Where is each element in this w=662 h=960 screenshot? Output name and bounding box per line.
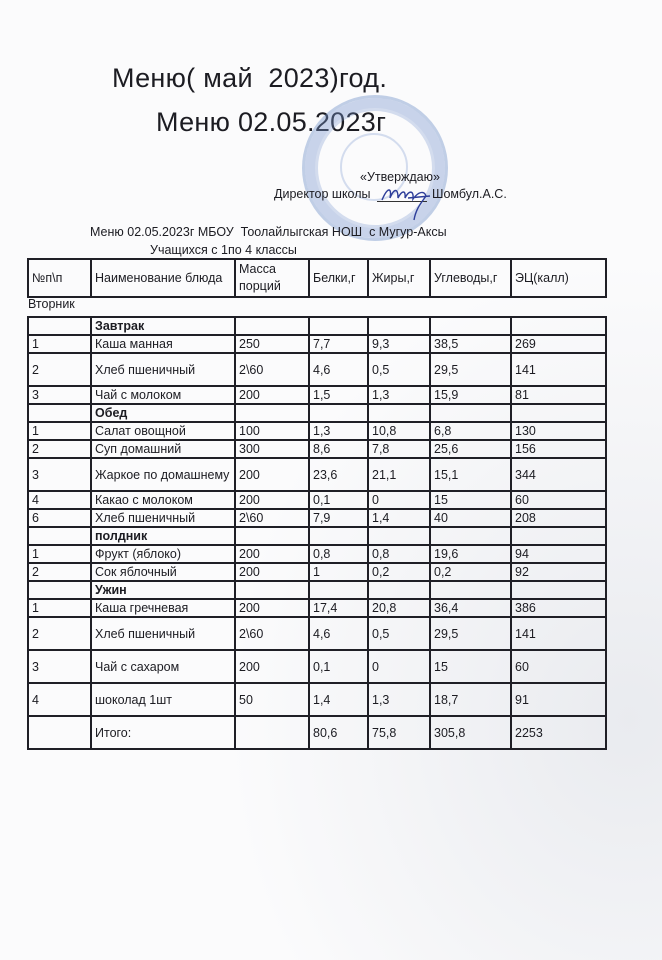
table-row: 1Каша манная2507,79,338,5269 xyxy=(28,335,606,353)
table-row: 2Сок яблочный20010,20,292 xyxy=(28,563,606,581)
empty-cell xyxy=(430,527,511,545)
kcal-value: 386 xyxy=(511,599,606,617)
item-number: 3 xyxy=(28,650,91,683)
empty-cell xyxy=(235,527,309,545)
portion-mass: 200 xyxy=(235,386,309,404)
portion-mass: 2\60 xyxy=(235,509,309,527)
fat-value: 0 xyxy=(368,491,430,509)
empty-cell xyxy=(368,527,430,545)
fat-value: 7,8 xyxy=(368,440,430,458)
kcal-value: 269 xyxy=(511,335,606,353)
dish-name: Каша гречневая xyxy=(91,599,235,617)
kcal-value: 141 xyxy=(511,617,606,650)
dish-name: Хлеб пшеничный xyxy=(91,617,235,650)
item-number: 1 xyxy=(28,545,91,563)
section-number-cell xyxy=(28,404,91,422)
header-fat: Жиры,г xyxy=(368,259,430,297)
meal-section-row: Обед xyxy=(28,404,606,422)
dish-name: Чай с молоком xyxy=(91,386,235,404)
total-carbs: 305,8 xyxy=(430,716,511,749)
portion-mass: 200 xyxy=(235,491,309,509)
table-row: 1Каша гречневая20017,420,836,4386 xyxy=(28,599,606,617)
kcal-value: 91 xyxy=(511,683,606,716)
portion-mass: 2\60 xyxy=(235,353,309,386)
fat-value: 0,5 xyxy=(368,617,430,650)
carbs-value: 15,1 xyxy=(430,458,511,491)
table-row: 3Жаркое по домашнему20023,621,115,1344 xyxy=(28,458,606,491)
fat-value: 1,3 xyxy=(368,386,430,404)
protein-value: 4,6 xyxy=(309,353,368,386)
empty-cell xyxy=(309,581,368,599)
empty-cell xyxy=(368,581,430,599)
meal-section-name: полдник xyxy=(91,527,235,545)
item-number: 1 xyxy=(28,335,91,353)
protein-value: 0,8 xyxy=(309,545,368,563)
menu-table-header: №п\п Наименование блюда Масса порций Бел… xyxy=(27,258,607,298)
empty-cell xyxy=(511,317,606,335)
empty-cell xyxy=(430,404,511,422)
meal-section-row: Завтрак xyxy=(28,317,606,335)
header-kcal: ЭЦ(калл) xyxy=(511,259,606,297)
carbs-value: 18,7 xyxy=(430,683,511,716)
dish-name: шоколад 1шт xyxy=(91,683,235,716)
protein-value: 7,7 xyxy=(309,335,368,353)
carbs-value: 6,8 xyxy=(430,422,511,440)
carbs-value: 29,5 xyxy=(430,617,511,650)
empty-cell xyxy=(368,317,430,335)
total-mass xyxy=(235,716,309,749)
dish-name: Жаркое по домашнему xyxy=(91,458,235,491)
table-row: 6Хлеб пшеничный2\607,91,440208 xyxy=(28,509,606,527)
dish-name: Хлеб пшеничный xyxy=(91,353,235,386)
empty-cell xyxy=(309,404,368,422)
dish-name: Салат овощной xyxy=(91,422,235,440)
carbs-value: 38,5 xyxy=(430,335,511,353)
signature-icon xyxy=(378,180,438,224)
document-title: Меню( май 2023)год. xyxy=(112,63,387,94)
dish-name: Какао с молоком xyxy=(91,491,235,509)
carbs-value: 15 xyxy=(430,491,511,509)
kcal-value: 92 xyxy=(511,563,606,581)
carbs-value: 25,6 xyxy=(430,440,511,458)
dish-name: Фрукт (яблоко) xyxy=(91,545,235,563)
item-number: 3 xyxy=(28,458,91,491)
table-row: 2Хлеб пшеничный2\604,60,529,5141 xyxy=(28,353,606,386)
header-number: №п\п xyxy=(28,259,91,297)
empty-cell xyxy=(511,581,606,599)
empty-cell xyxy=(511,527,606,545)
total-protein: 80,6 xyxy=(309,716,368,749)
approval-label: «Утверждаю» xyxy=(360,170,440,184)
carbs-value: 36,4 xyxy=(430,599,511,617)
item-number: 4 xyxy=(28,491,91,509)
portion-mass: 2\60 xyxy=(235,617,309,650)
total-kcal: 2253 xyxy=(511,716,606,749)
protein-value: 0,1 xyxy=(309,650,368,683)
table-row: 1Салат овощной1001,310,86,8130 xyxy=(28,422,606,440)
empty-cell xyxy=(368,404,430,422)
section-number-cell xyxy=(28,317,91,335)
dish-name: Сок яблочный xyxy=(91,563,235,581)
item-number: 2 xyxy=(28,563,91,581)
dish-name: Каша манная xyxy=(91,335,235,353)
table-row: 4Какао с молоком2000,101560 xyxy=(28,491,606,509)
table-row: 1Фрукт (яблоко)2000,80,819,694 xyxy=(28,545,606,563)
menu-grades-subtitle: Учащихся с 1по 4 классы xyxy=(150,243,297,257)
table-row: 3Чай с молоком2001,51,315,981 xyxy=(28,386,606,404)
protein-value: 23,6 xyxy=(309,458,368,491)
protein-value: 1 xyxy=(309,563,368,581)
item-number: 2 xyxy=(28,440,91,458)
portion-mass: 200 xyxy=(235,650,309,683)
portion-mass: 200 xyxy=(235,563,309,581)
menu-table: Завтрак1Каша манная2507,79,338,52692Хлеб… xyxy=(27,316,607,750)
dish-name: Хлеб пшеничный xyxy=(91,509,235,527)
fat-value: 10,8 xyxy=(368,422,430,440)
table-row: 4шоколад 1шт501,41,318,791 xyxy=(28,683,606,716)
kcal-value: 156 xyxy=(511,440,606,458)
section-number-cell xyxy=(28,527,91,545)
fat-value: 1,3 xyxy=(368,683,430,716)
header-dish-name: Наименование блюда xyxy=(91,259,235,297)
meal-section-name: Обед xyxy=(91,404,235,422)
item-number: 2 xyxy=(28,617,91,650)
portion-mass: 250 xyxy=(235,335,309,353)
signature-line xyxy=(377,201,427,202)
table-row: 2Суп домашний3008,67,825,6156 xyxy=(28,440,606,458)
fat-value: 21,1 xyxy=(368,458,430,491)
kcal-value: 344 xyxy=(511,458,606,491)
fat-value: 0,8 xyxy=(368,545,430,563)
empty-cell xyxy=(309,527,368,545)
empty-cell xyxy=(235,317,309,335)
carbs-value: 19,6 xyxy=(430,545,511,563)
menu-school-subtitle: Меню 02.05.2023г МБОУ Тоолайлыгская НОШ … xyxy=(90,225,447,239)
item-number: 2 xyxy=(28,353,91,386)
empty-cell xyxy=(235,581,309,599)
document-date-title: Меню 02.05.2023г xyxy=(156,107,386,138)
header-row: №п\п Наименование блюда Масса порций Бел… xyxy=(28,259,606,297)
portion-mass: 100 xyxy=(235,422,309,440)
total-label: Итого: xyxy=(91,716,235,749)
header-carbs: Углеводы,г xyxy=(430,259,511,297)
fat-value: 20,8 xyxy=(368,599,430,617)
empty-cell xyxy=(309,317,368,335)
fat-value: 1,4 xyxy=(368,509,430,527)
protein-value: 1,3 xyxy=(309,422,368,440)
portion-mass: 50 xyxy=(235,683,309,716)
portion-mass: 200 xyxy=(235,599,309,617)
director-position: Директор школы xyxy=(274,187,371,201)
carbs-value: 15,9 xyxy=(430,386,511,404)
meal-section-name: Ужин xyxy=(91,581,235,599)
protein-value: 4,6 xyxy=(309,617,368,650)
item-number: 1 xyxy=(28,422,91,440)
carbs-value: 29,5 xyxy=(430,353,511,386)
header-protein: Белки,г xyxy=(309,259,368,297)
header-portion-mass: Масса порций xyxy=(235,259,309,297)
item-number: 1 xyxy=(28,599,91,617)
empty-cell xyxy=(28,716,91,749)
meal-section-name: Завтрак xyxy=(91,317,235,335)
dish-name: Суп домашний xyxy=(91,440,235,458)
carbs-value: 15 xyxy=(430,650,511,683)
kcal-value: 81 xyxy=(511,386,606,404)
director-name: Шомбул.А.С. xyxy=(432,187,507,201)
protein-value: 1,5 xyxy=(309,386,368,404)
kcal-value: 130 xyxy=(511,422,606,440)
protein-value: 8,6 xyxy=(309,440,368,458)
meal-section-row: полдник xyxy=(28,527,606,545)
empty-cell xyxy=(430,317,511,335)
kcal-value: 141 xyxy=(511,353,606,386)
carbs-value: 40 xyxy=(430,509,511,527)
empty-cell xyxy=(235,404,309,422)
kcal-value: 208 xyxy=(511,509,606,527)
kcal-value: 60 xyxy=(511,491,606,509)
kcal-value: 94 xyxy=(511,545,606,563)
table-row: 2Хлеб пшеничный2\604,60,529,5141 xyxy=(28,617,606,650)
fat-value: 0,5 xyxy=(368,353,430,386)
section-number-cell xyxy=(28,581,91,599)
portion-mass: 200 xyxy=(235,458,309,491)
item-number: 4 xyxy=(28,683,91,716)
fat-value: 9,3 xyxy=(368,335,430,353)
carbs-value: 0,2 xyxy=(430,563,511,581)
item-number: 3 xyxy=(28,386,91,404)
total-fat: 75,8 xyxy=(368,716,430,749)
empty-cell xyxy=(511,404,606,422)
dish-name: Чай с сахаром xyxy=(91,650,235,683)
total-row: Итого:80,675,8305,82253 xyxy=(28,716,606,749)
protein-value: 1,4 xyxy=(309,683,368,716)
fat-value: 0 xyxy=(368,650,430,683)
empty-cell xyxy=(430,581,511,599)
table-row: 3Чай с сахаром2000,101560 xyxy=(28,650,606,683)
kcal-value: 60 xyxy=(511,650,606,683)
day-of-week: Вторник xyxy=(28,297,75,311)
protein-value: 7,9 xyxy=(309,509,368,527)
item-number: 6 xyxy=(28,509,91,527)
protein-value: 17,4 xyxy=(309,599,368,617)
fat-value: 0,2 xyxy=(368,563,430,581)
meal-section-row: Ужин xyxy=(28,581,606,599)
protein-value: 0,1 xyxy=(309,491,368,509)
portion-mass: 200 xyxy=(235,545,309,563)
portion-mass: 300 xyxy=(235,440,309,458)
